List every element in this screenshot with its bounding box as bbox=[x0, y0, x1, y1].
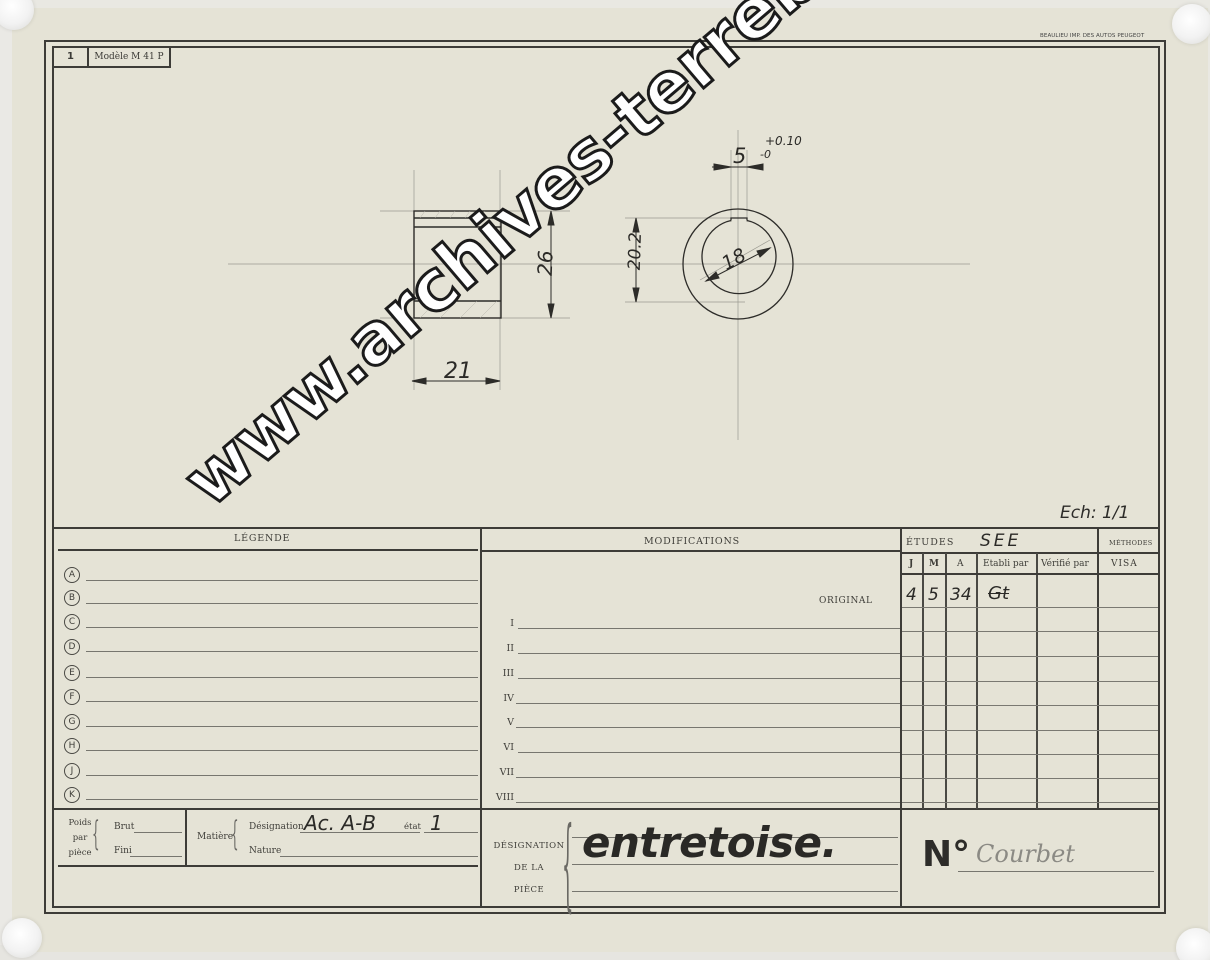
divider bbox=[1097, 527, 1099, 810]
mod-row-label: V bbox=[478, 717, 514, 728]
etabli-par-initials: Gt bbox=[988, 583, 1009, 604]
nature-field[interactable] bbox=[280, 856, 478, 857]
mod-row-label: VIII bbox=[478, 792, 514, 803]
legend-line-d[interactable] bbox=[86, 651, 478, 652]
grid-line bbox=[902, 681, 1158, 682]
technical-drawing: 26 21 20.2 18 5 +0.10 -0 bbox=[0, 0, 1210, 960]
scale-note: Ech: 1/1 bbox=[1060, 503, 1129, 523]
legend-marker: F bbox=[64, 689, 80, 705]
divider bbox=[58, 549, 478, 551]
etudes-service: SEE bbox=[980, 531, 1021, 551]
numero-label: N° bbox=[922, 834, 970, 875]
legend-line-c[interactable] bbox=[86, 627, 478, 628]
legend-marker: H bbox=[64, 738, 80, 754]
divider bbox=[902, 573, 1158, 575]
divider bbox=[185, 810, 187, 866]
designation-guide-line bbox=[572, 891, 898, 892]
grid-line bbox=[902, 631, 1158, 632]
legende-title: LÉGENDE bbox=[234, 533, 290, 544]
dim-diameter: 26 bbox=[533, 250, 558, 276]
mod-line-iii[interactable] bbox=[518, 678, 900, 679]
modifications-title: MODIFICATIONS bbox=[644, 536, 740, 547]
title-block-mid-border bbox=[54, 808, 1158, 810]
numero-value: Courbet bbox=[976, 840, 1075, 868]
mod-line-iv[interactable] bbox=[516, 703, 900, 704]
col-etabli-par: Etabli par bbox=[983, 559, 1028, 569]
grid-line bbox=[902, 778, 1158, 779]
dim-keyway-tol-plus: +0.10 bbox=[765, 134, 802, 148]
matiere-label: Matière bbox=[197, 832, 233, 842]
dim-keyway-tol-minus: -0 bbox=[760, 148, 771, 161]
legend-line-k[interactable] bbox=[86, 799, 478, 800]
mod-line-v[interactable] bbox=[516, 727, 900, 728]
legend-line-a[interactable] bbox=[86, 580, 478, 581]
col-annee: A bbox=[957, 559, 964, 569]
brut-field[interactable] bbox=[134, 832, 182, 833]
brace-icon: { bbox=[231, 814, 239, 854]
legend-line-g[interactable] bbox=[86, 726, 478, 727]
mod-row-label: VI bbox=[478, 742, 514, 753]
grid-line bbox=[902, 656, 1158, 657]
methodes-title: MÉTHODES bbox=[1109, 539, 1153, 547]
col-visa: VISA bbox=[1111, 559, 1138, 569]
piece-designation-value: entretoise. bbox=[582, 818, 837, 867]
legend-marker: G bbox=[64, 714, 80, 730]
date-day: 4 bbox=[906, 585, 917, 605]
dim-length: 21 bbox=[444, 359, 472, 384]
mod-row-label: IV bbox=[478, 693, 514, 704]
mod-line-ii[interactable] bbox=[518, 653, 900, 654]
mod-line-viii[interactable] bbox=[516, 802, 900, 803]
date-year: 34 bbox=[950, 585, 972, 605]
legend-line-f[interactable] bbox=[86, 701, 478, 702]
designation-value: Ac. A-B bbox=[304, 811, 376, 835]
grid-line bbox=[902, 802, 1158, 803]
mod-row-label: VII bbox=[478, 767, 514, 778]
divider bbox=[902, 552, 1158, 554]
original-label: ORIGINAL bbox=[819, 596, 873, 606]
etudes-title: ÉTUDES bbox=[906, 537, 954, 548]
divider bbox=[900, 527, 902, 907]
title-block-top-border bbox=[54, 527, 1158, 529]
mod-line-vi[interactable] bbox=[518, 752, 900, 753]
divider bbox=[58, 865, 478, 867]
col-jour: J bbox=[909, 559, 913, 569]
mod-row-label: II bbox=[478, 643, 514, 654]
brut-label: Brut bbox=[114, 822, 134, 832]
legend-marker: A bbox=[64, 567, 80, 583]
dim-bore: 18 bbox=[718, 244, 750, 275]
designation-label: Désignation bbox=[249, 822, 304, 832]
col-verifie-par: Vérifié par bbox=[1041, 559, 1089, 569]
date-month: 5 bbox=[928, 585, 939, 605]
fini-field[interactable] bbox=[130, 856, 182, 857]
grid-line bbox=[902, 730, 1158, 731]
legend-marker: K bbox=[64, 787, 80, 803]
legend-line-j[interactable] bbox=[86, 775, 478, 776]
mod-line-vii[interactable] bbox=[516, 777, 900, 778]
col-mois: M bbox=[929, 559, 939, 569]
etat-value: 1 bbox=[430, 811, 443, 835]
grid-line bbox=[902, 607, 1158, 608]
legend-marker: B bbox=[64, 590, 80, 606]
nature-label: Nature bbox=[249, 846, 281, 856]
grid-line bbox=[902, 754, 1158, 755]
mod-row-label: I bbox=[478, 618, 514, 629]
legend-marker: D bbox=[64, 639, 80, 655]
divider bbox=[482, 550, 900, 552]
numero-field[interactable] bbox=[958, 871, 1154, 872]
mod-line-i[interactable] bbox=[518, 628, 900, 629]
legend-marker: J bbox=[64, 763, 80, 779]
grid-line bbox=[902, 705, 1158, 706]
fini-label: Fini bbox=[114, 846, 132, 856]
mod-row-label: III bbox=[478, 668, 514, 679]
designation-piece-label: DÉSIGNATION DE LA PIÈCE bbox=[486, 835, 572, 901]
dim-key-depth: 20.2 bbox=[625, 232, 646, 271]
brace-icon: { bbox=[92, 814, 100, 854]
etat-label: état bbox=[404, 822, 421, 832]
legend-line-b[interactable] bbox=[86, 603, 478, 604]
legend-marker: E bbox=[64, 665, 80, 681]
legend-marker: C bbox=[64, 614, 80, 630]
dim-keyway: 5 bbox=[733, 144, 746, 168]
legend-line-h[interactable] bbox=[86, 750, 478, 751]
legend-line-e[interactable] bbox=[86, 677, 478, 678]
